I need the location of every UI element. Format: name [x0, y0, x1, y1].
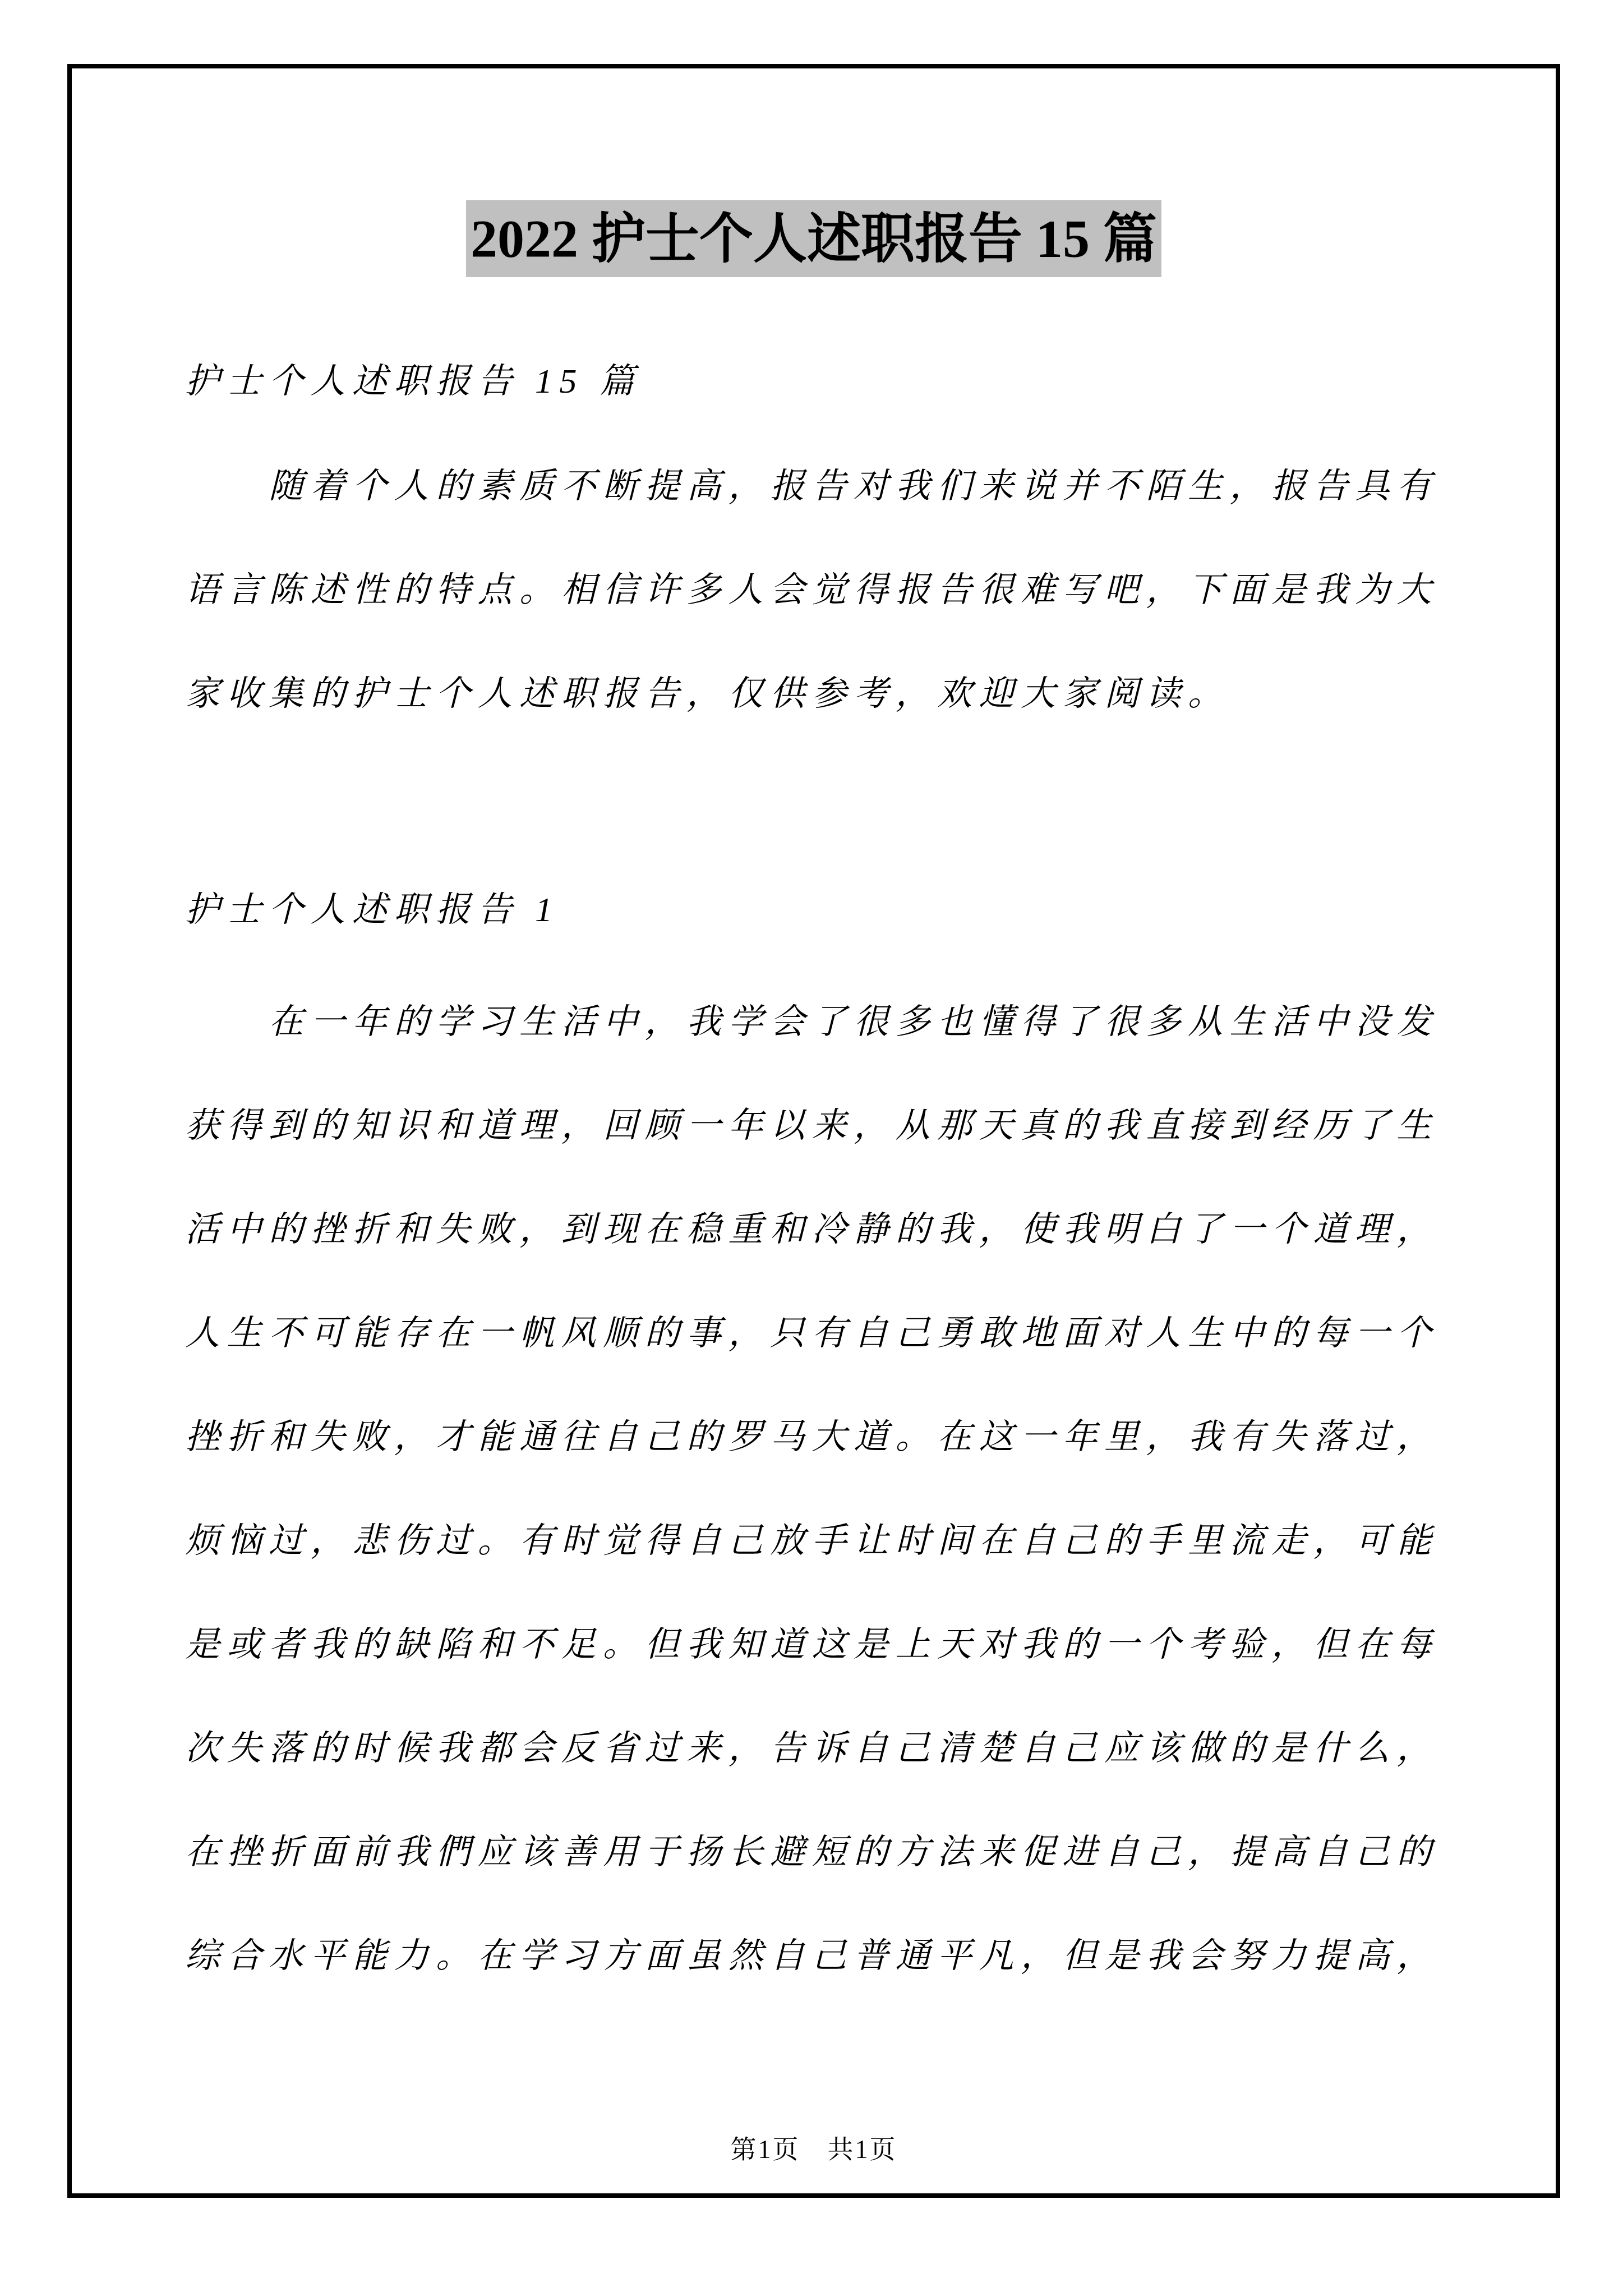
body-line: 随着个人的素质不断提高，报告对我们来说并不陌生，报告具有 [185, 468, 1444, 505]
body-line: 家收集的护士个人述职报告，仅供参考，欢迎大家阅读。 [185, 676, 1444, 712]
body-line: 综合水平能力。在学习方面虽然自己普通平凡，但是我会努力提高， [185, 1938, 1444, 1975]
body-line: 语言陈述性的特点。相信许多人会觉得报告很难写吧，下面是我为大 [185, 572, 1444, 609]
body-line: 人生不可能存在一帆风顺的事，只有自己勇敢地面对人生中的每一个 [185, 1315, 1444, 1352]
page-footer: 第1页 共1页 [67, 2129, 1560, 2166]
document-title-row: 2022 护士个人述职报告 15 篇 [67, 200, 1560, 277]
body-line: 是或者我的缺陷和不足。但我知道这是上天对我的一个考验，但在每 [185, 1627, 1444, 1663]
body-line: 在一年的学习生活中，我学会了很多也懂得了很多从生活中没发 [185, 1004, 1444, 1041]
body-line: 挫折和失败，才能通往自己的罗马大道。在这一年里，我有失落过， [185, 1419, 1444, 1456]
body-line: 烦恼过，悲伤过。有时觉得自己放手让时间在自己的手里流走，可能 [185, 1523, 1444, 1559]
body-line: 获得到的知识和道理，回顾一年以来，从那天真的我直接到经历了生 [185, 1108, 1444, 1144]
document-page: 2022 护士个人述职报告 15 篇 护士个人述职报告 15 篇 随着个人的素质… [0, 0, 1623, 2296]
body-line: 次失落的时候我都会反省过来，告诉自己清楚自己应该做的是什么， [185, 1731, 1444, 1767]
section-heading: 护士个人述职报告 15 篇 [185, 364, 1444, 400]
body-line: 活中的挫折和失败，到现在稳重和冷静的我，使我明白了一个道理， [185, 1212, 1444, 1248]
section-heading: 护士个人述职报告 1 [185, 892, 1444, 928]
document-title: 2022 护士个人述职报告 15 篇 [466, 200, 1161, 277]
body-line: 在挫折面前我們应该善用于扬长避短的方法来促进自己，提高自己的 [185, 1834, 1444, 1871]
